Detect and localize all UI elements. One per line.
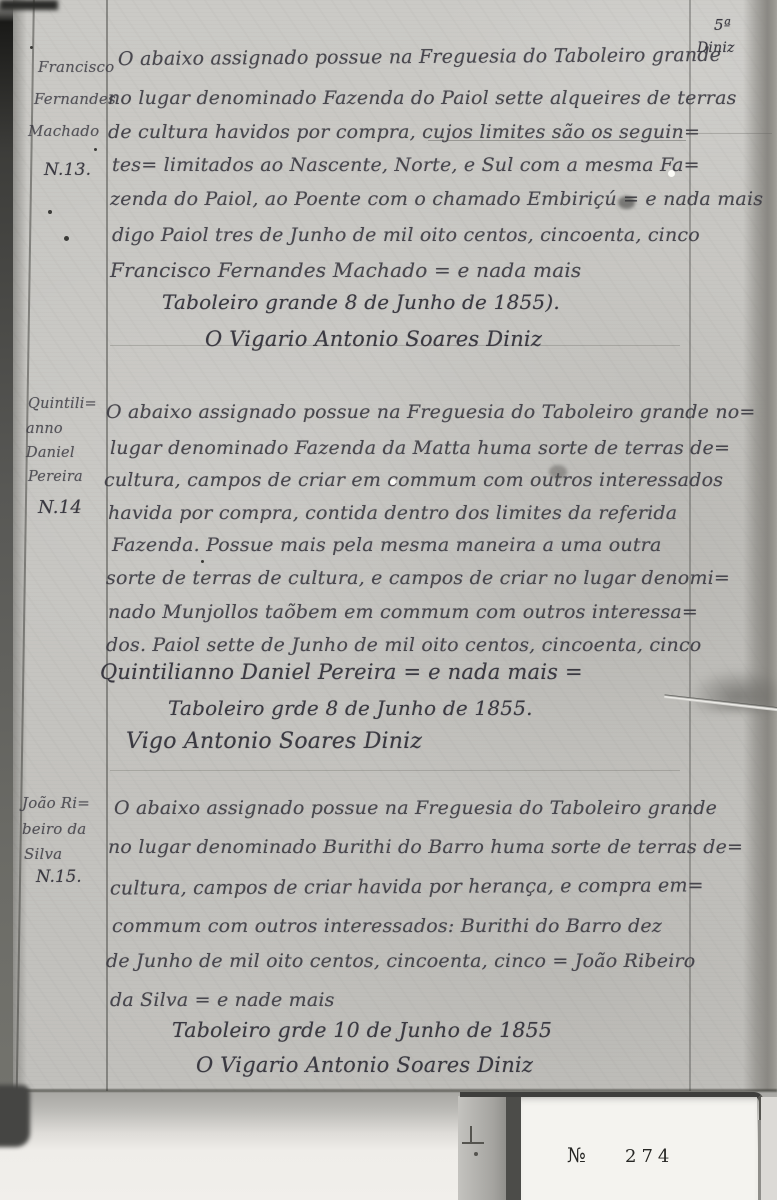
bottom-left-shadow-blob <box>0 1085 30 1147</box>
ink-speck <box>48 210 52 214</box>
manuscript-line: zenda do Paiol, ao Poente com o chamado … <box>110 188 763 210</box>
manuscript-line: digo Paiol tres de Junho de mil oito cen… <box>112 224 700 246</box>
manuscript-line: Francisco Fernandes Machado = e nada mai… <box>110 258 581 282</box>
margin-rule-line <box>106 0 108 1093</box>
ink-speck <box>94 148 97 151</box>
page-right-edge <box>743 0 777 1093</box>
manuscript-line: nado Munjollos taõbem em commum com outr… <box>108 601 698 623</box>
margin-name-line: Francisco <box>38 58 114 76</box>
record-number: N.13. <box>44 160 91 180</box>
margin-name-line: Daniel <box>26 445 75 461</box>
vicar-signature: O Vigario Antonio Soares Diniz <box>196 1053 533 1077</box>
manuscript-line: cultura, campos de criar em commum com o… <box>104 469 723 491</box>
margin-name-line: Quintili= <box>28 396 97 412</box>
vicar-signature: Vigo Antonio Soares Diniz <box>126 729 422 754</box>
scanned-manuscript-page: 5ª Diniz Francisco Fernandes Machado N.1… <box>0 0 777 1200</box>
manuscript-line: cultura, campos de criar havida por hera… <box>110 874 704 899</box>
record-dateline: Taboleiro grde 10 de Junho de 1855 <box>172 1018 552 1042</box>
corner-page-number: 5ª <box>714 16 731 34</box>
scratch-line <box>688 133 772 134</box>
manuscript-line: havida por compra, contida dentro dos li… <box>108 502 677 524</box>
slip-number: 274 <box>625 1146 674 1167</box>
scan-corner-shadow <box>0 0 58 10</box>
manuscript-line: Fazenda. Possue mais pela mesma maneira … <box>112 534 661 556</box>
manuscript-line: tes= limitados ao Nascente, Norte, e Sul… <box>112 154 700 176</box>
record-number: N.14 <box>38 497 82 518</box>
ink-smudge <box>618 196 635 209</box>
manuscript-line: O abaixo assignado possue na Freguesia d… <box>106 401 756 423</box>
manuscript-line: sorte de terras de cultura, e campos de … <box>106 567 730 589</box>
manuscript-line: da Silva = e nade mais <box>110 989 335 1011</box>
ink-underline <box>428 140 686 141</box>
record-dateline: Taboleiro grde 8 de Junho de 1855. <box>168 696 533 720</box>
paper-fleck <box>668 170 675 177</box>
paper-fleck <box>390 479 396 485</box>
margin-name-line: anno <box>26 421 63 437</box>
ink-speck <box>64 236 69 241</box>
book-binding-edge <box>0 0 13 1093</box>
margin-name-line: Silva <box>24 845 62 863</box>
manuscript-line: commum com outros interessados: Burithi … <box>112 915 662 937</box>
margin-name-line: Pereira <box>28 469 83 485</box>
margin-name-line: João Ri= <box>22 794 90 812</box>
manuscript-line: no lugar denominado Burithi do Barro hum… <box>108 836 743 858</box>
manuscript-line: O abaixo assignado possue na Freguesia d… <box>114 797 717 819</box>
archive-number-slip: № 274 <box>521 1097 757 1200</box>
pencil-dot <box>474 1152 478 1156</box>
record-dateline: Taboleiro grande 8 de Junho de 1855). <box>162 290 560 314</box>
pencil-l-mark <box>462 1142 484 1144</box>
declarant-signature: Quintilianno Daniel Pereira = e nada mai… <box>100 660 583 684</box>
ghost-ruled-line <box>110 770 680 771</box>
record-number: N.15. <box>36 867 82 886</box>
ink-smudge <box>549 465 567 479</box>
slip-shadow-wedge <box>458 1096 508 1200</box>
margin-name-line: Fernandes <box>34 90 116 108</box>
margin-name-line: beiro da <box>22 820 86 838</box>
ink-speck <box>201 560 204 563</box>
slip-right-edge-line <box>758 1120 761 1200</box>
slip-right-margin <box>761 1097 777 1200</box>
slip-no-symbol: № <box>567 1143 586 1167</box>
manuscript-line: no lugar denominado Fazenda do Paiol set… <box>108 87 737 109</box>
ink-speck <box>30 46 33 49</box>
manuscript-line: O abaixo assignado possue na Freguesia d… <box>118 44 721 70</box>
margin-name-line: Machado <box>28 122 99 140</box>
manuscript-line: lugar denominado Fazenda da Matta huma s… <box>110 437 730 459</box>
vicar-signature: O Vigario Antonio Soares Diniz <box>205 327 542 351</box>
manuscript-line: de Junho de mil oito centos, cincoenta, … <box>106 950 695 972</box>
slip-left-shadow-bar <box>506 1097 521 1200</box>
manuscript-line: dos. Paiol sette de Junho de mil oito ce… <box>106 634 701 656</box>
